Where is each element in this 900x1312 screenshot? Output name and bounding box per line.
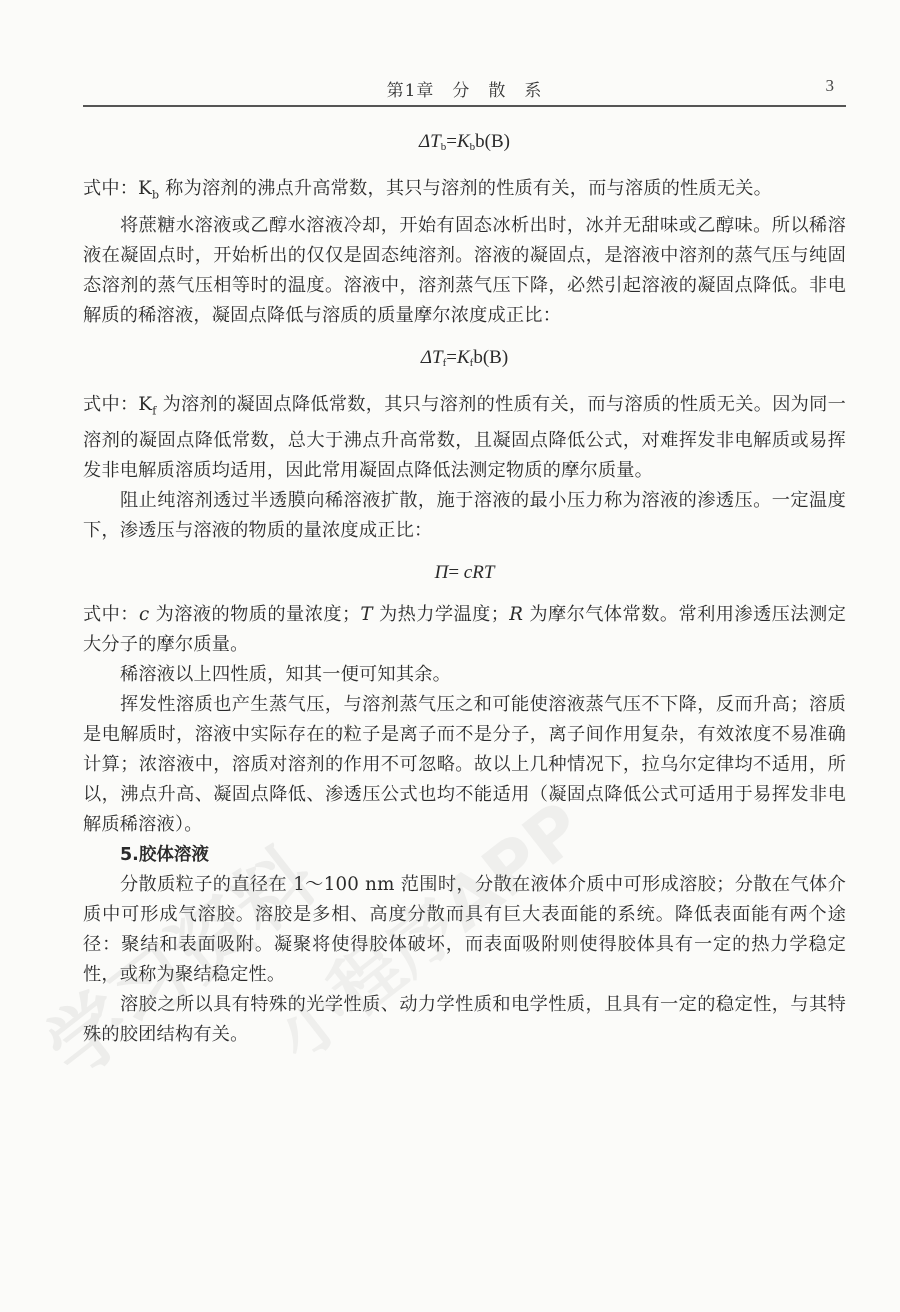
section-heading-colloids: 5.胶体溶液 (120, 840, 846, 870)
paragraph-colloid-properties: 溶胶之所以具有特殊的光学性质、动力学性质和电学性质，且具有一定的稳定性，与其特殊… (83, 990, 846, 1050)
paragraph-colloid-definition: 分散质粒子的直径在 1～100 nm 范围时，分散在液体介质中可形成溶胶；分散在… (83, 870, 846, 990)
paragraph-osmotic-pressure: 阻止纯溶剂透过半透膜向稀溶液扩散，施于溶液的最小压力称为溶液的渗透压。一定温度下… (83, 486, 846, 546)
formula-freezing-point-depression: ΔTf=Kfb(B) (83, 343, 846, 378)
header-divider (83, 105, 846, 107)
paragraph-colligative-summary: 稀溶液以上四性质，知其一便可知其余。 (83, 660, 846, 690)
paragraph-osmotic-variables: 式中：c 为溶液的物质的量浓度；T 为热力学温度；R 为摩尔气体常数。常利用渗透… (83, 600, 846, 660)
running-header: 第1章分散系 3 (83, 72, 846, 102)
formula-boiling-point-elevation: ΔTb=Kbb(B) (83, 127, 846, 162)
paragraph-kf-definition: 式中：Kf 为溶剂的凝固点降低常数，其只与溶剂的性质有关，而与溶质的性质无关。因… (83, 390, 846, 487)
paragraph-raoult-limitations: 挥发性溶质也产生蒸气压，与溶剂蒸气压之和可能使溶液蒸气压不下降，反而升高；溶质是… (83, 690, 846, 840)
formula-osmotic-pressure: Π= cRT (83, 558, 846, 588)
chapter-number: 第1章 (387, 81, 435, 101)
page-number: 3 (826, 76, 835, 96)
chapter-title: 第1章分散系 (83, 76, 846, 101)
paragraph-kb-definition: 式中：Kb 称为溶剂的沸点升高常数，其只与溶剂的性质有关，而与溶质的性质无关。 (83, 174, 846, 211)
paragraph-freezing-point: 将蔗糖水溶液或乙醇水溶液冷却，开始有固态冰析出时，冰并无甜味或乙醇味。所以稀溶液… (83, 211, 846, 331)
body-content: ΔTb=Kbb(B) 式中：Kb 称为溶剂的沸点升高常数，其只与溶剂的性质有关，… (83, 125, 846, 1050)
document-page: 第1章分散系 3 ΔTb=Kbb(B) 式中：Kb 称为溶剂的沸点升高常数，其只… (0, 0, 900, 1312)
